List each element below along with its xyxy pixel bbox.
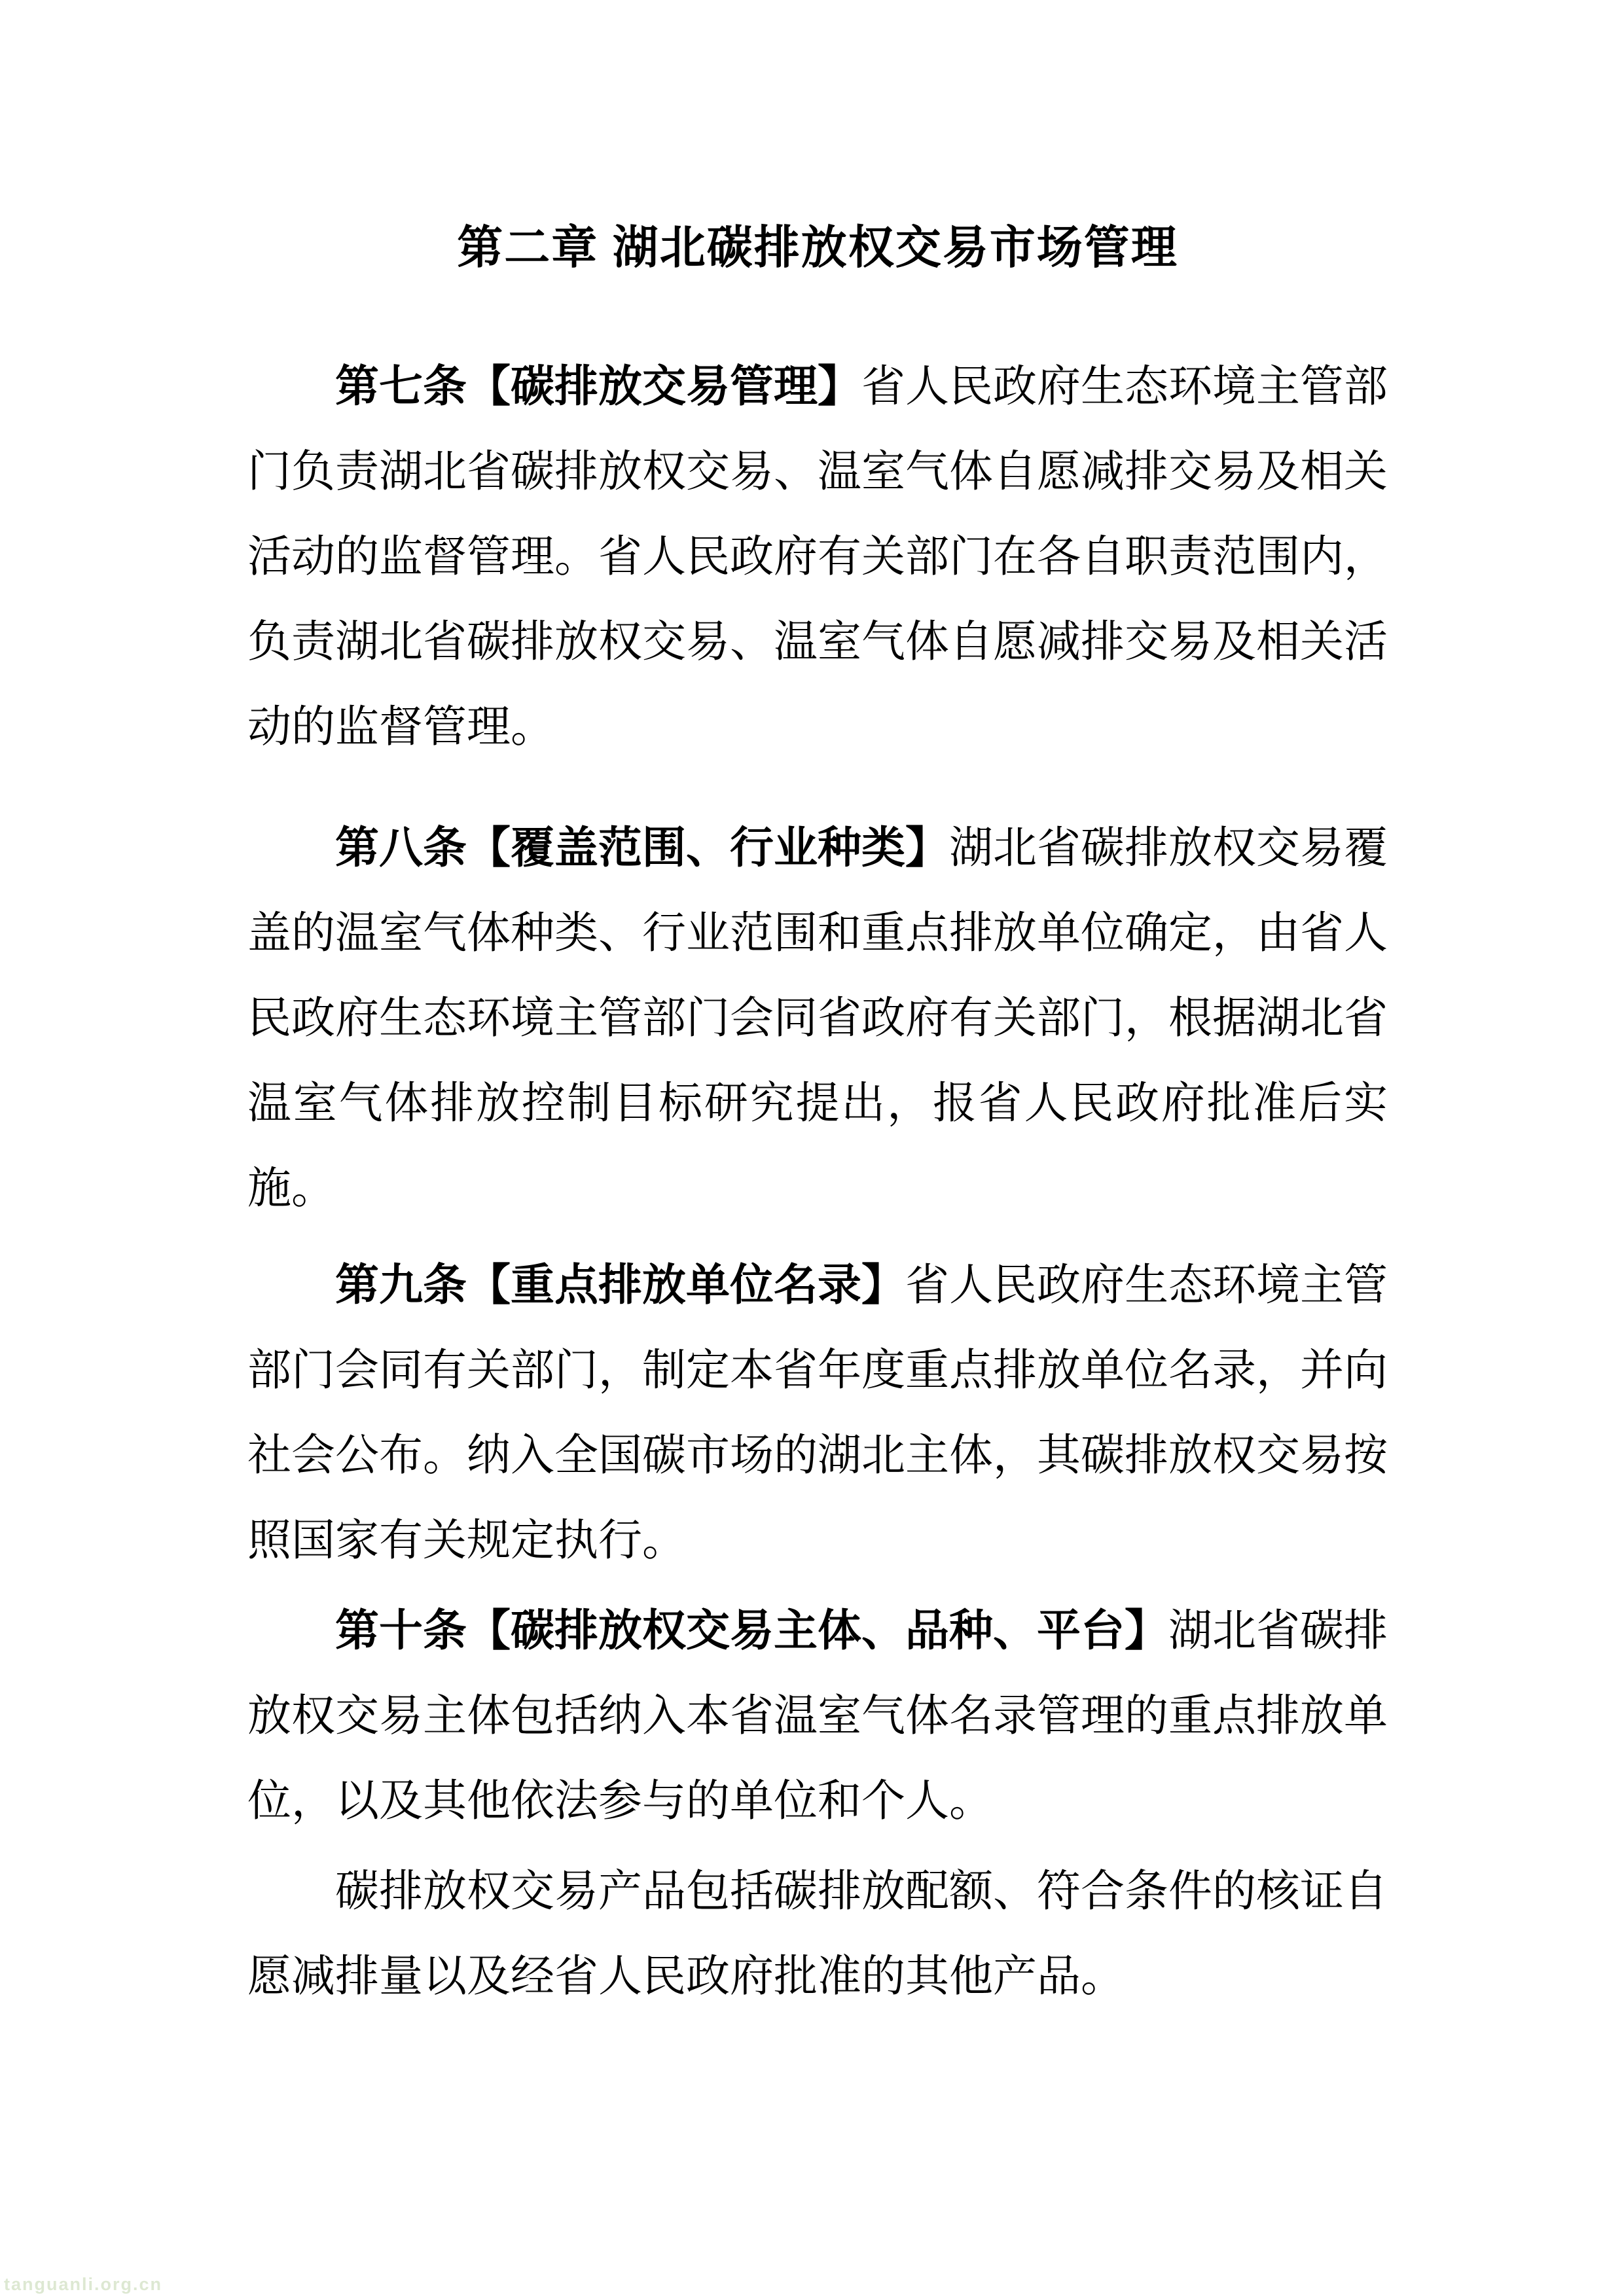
article-10-body-2: 碳排放权交易产品包括碳排放配额、符合条件的核证自愿减排量以及经省人民政府批准的其… bbox=[247, 1867, 1388, 2001]
article-8-paragraph: 第八条【覆盖范围、行业种类】湖北省碳排放权交易覆盖的温室气体种类、行业范围和重点… bbox=[247, 806, 1388, 1231]
article-10-paragraph-2: 碳排放权交易产品包括碳排放配额、符合条件的核证自愿减排量以及经省人民政府批准的其… bbox=[247, 1849, 1388, 2019]
article-7-header: 第七条【碳排放交易管理】 bbox=[335, 362, 861, 411]
article-8-header: 第八条【覆盖范围、行业种类】 bbox=[335, 823, 949, 872]
chapter-title: 第二章 湖北碳排放权交易市场管理 bbox=[247, 216, 1388, 279]
article-8-body: 湖北省碳排放权交易覆盖的温室气体种类、行业范围和重点排放单位确定，由省人民政府生… bbox=[247, 824, 1388, 1213]
article-7-paragraph: 第七条【碳排放交易管理】省人民政府生态环境主管部门负责湖北省碳排放权交易、温室气… bbox=[247, 344, 1388, 770]
article-7-body: 省人民政府生态环境主管部门负责湖北省碳排放权交易、温室气体自愿减排交易及相关活动… bbox=[247, 363, 1388, 751]
article-10-paragraph: 第十条【碳排放权交易主体、品种、平台】湖北省碳排放权交易主体包括纳入本省温室气体… bbox=[247, 1588, 1388, 1844]
site-watermark: tanguanli.org.cn bbox=[4, 2274, 162, 2295]
article-10-header: 第十条【碳排放权交易主体、品种、平台】 bbox=[335, 1606, 1168, 1655]
article-9-paragraph: 第九条【重点排放单位名录】省人民政府生态环境主管部门会同有关部门，制定本省年度重… bbox=[247, 1243, 1388, 1583]
document-page: 第二章 湖北碳排放权交易市场管理 第七条【碳排放交易管理】省人民政府生态环境主管… bbox=[0, 0, 1624, 2296]
document-content: 第二章 湖北碳排放权交易市场管理 第七条【碳排放交易管理】省人民政府生态环境主管… bbox=[247, 216, 1388, 2019]
article-9-header: 第九条【重点排放单位名录】 bbox=[335, 1261, 905, 1310]
